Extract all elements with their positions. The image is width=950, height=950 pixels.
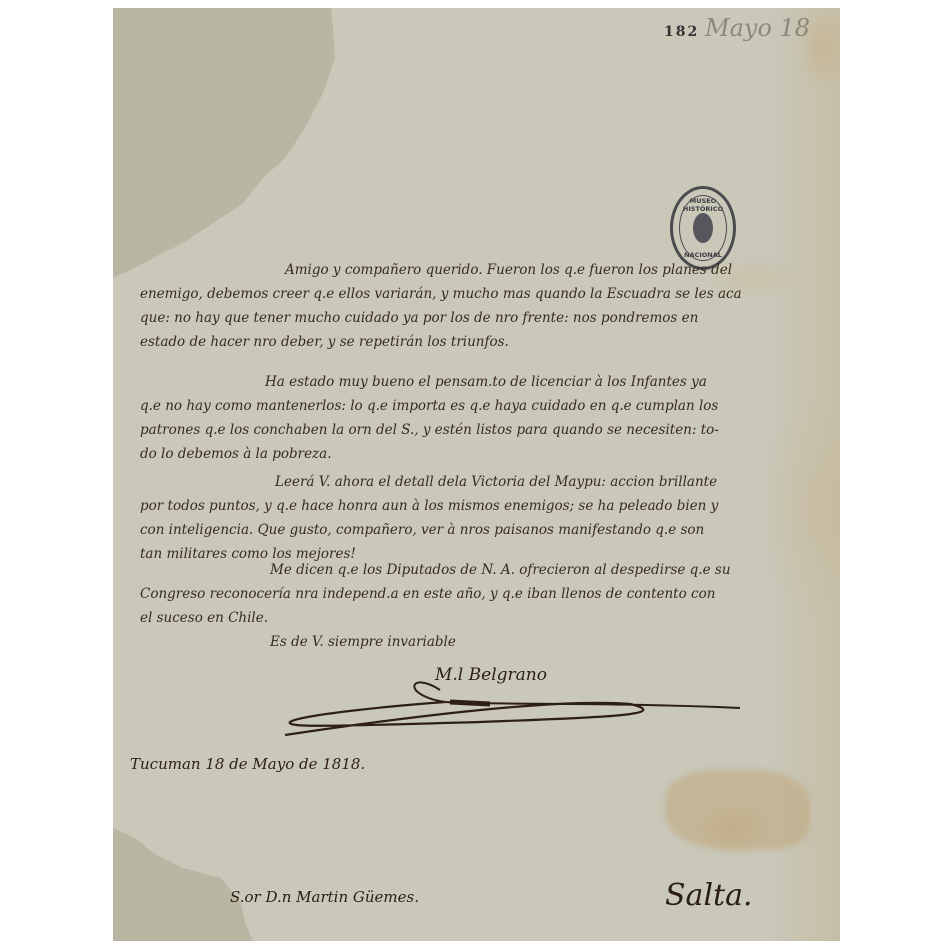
letter-line: Ha estado muy bueno el pensam.to de lice… [265, 374, 707, 390]
destination: Salta. [665, 878, 753, 913]
letter-line: tan militares como los mejores! [140, 546, 356, 562]
letter-line: Me dicen q.e los Diputados de N. A. ofre… [270, 562, 731, 578]
letter-line: Leerá V. ahora el detall dela Victoria d… [275, 474, 717, 490]
water-stain [665, 770, 810, 850]
stamp-text-top: MUSEO HISTÓRICO [673, 197, 733, 213]
letter-line: que: no hay que tener mucho cuidado ya p… [140, 310, 698, 326]
letter-line: el suceso en Chile. [140, 610, 268, 626]
letter-line: estado de hacer nro deber, y se repetirá… [140, 334, 509, 350]
letter-line: patrones q.e los conchaben la orn del S.… [140, 422, 719, 438]
letter-line: q.e no hay como mantenerlos: lo q.e impo… [140, 398, 718, 414]
letter-line: Es de V. siempre invariable [270, 634, 456, 650]
signature: M.l Belgrano [435, 665, 547, 685]
museum-stamp-icon: MUSEO HISTÓRICO NACIONAL [670, 186, 736, 270]
coat-of-arms-icon [693, 213, 713, 243]
letter-line: do lo debemos à la pobreza. [140, 446, 332, 462]
letter-line: Congreso reconocería nra independ.a en e… [140, 586, 715, 602]
letter-line: enemigo, debemos creer q.e ellos variará… [140, 286, 742, 302]
archive-pencil-note: Mayo 18 [705, 14, 810, 42]
stamp-text-bottom: NACIONAL [673, 251, 733, 259]
letter-line: con inteligencia. Que gusto, compañero, … [140, 522, 704, 538]
letter-line: Amigo y compañero querido. Fueron los q.… [285, 262, 732, 278]
addressee: S.or D.n Martin Güemes. [230, 888, 419, 906]
archive-number: 182 [664, 24, 699, 40]
letter-line: por todos puntos, y q.e hace honra aun à… [140, 498, 718, 514]
place-and-date: Tucuman 18 de Mayo de 1818. [130, 755, 365, 773]
